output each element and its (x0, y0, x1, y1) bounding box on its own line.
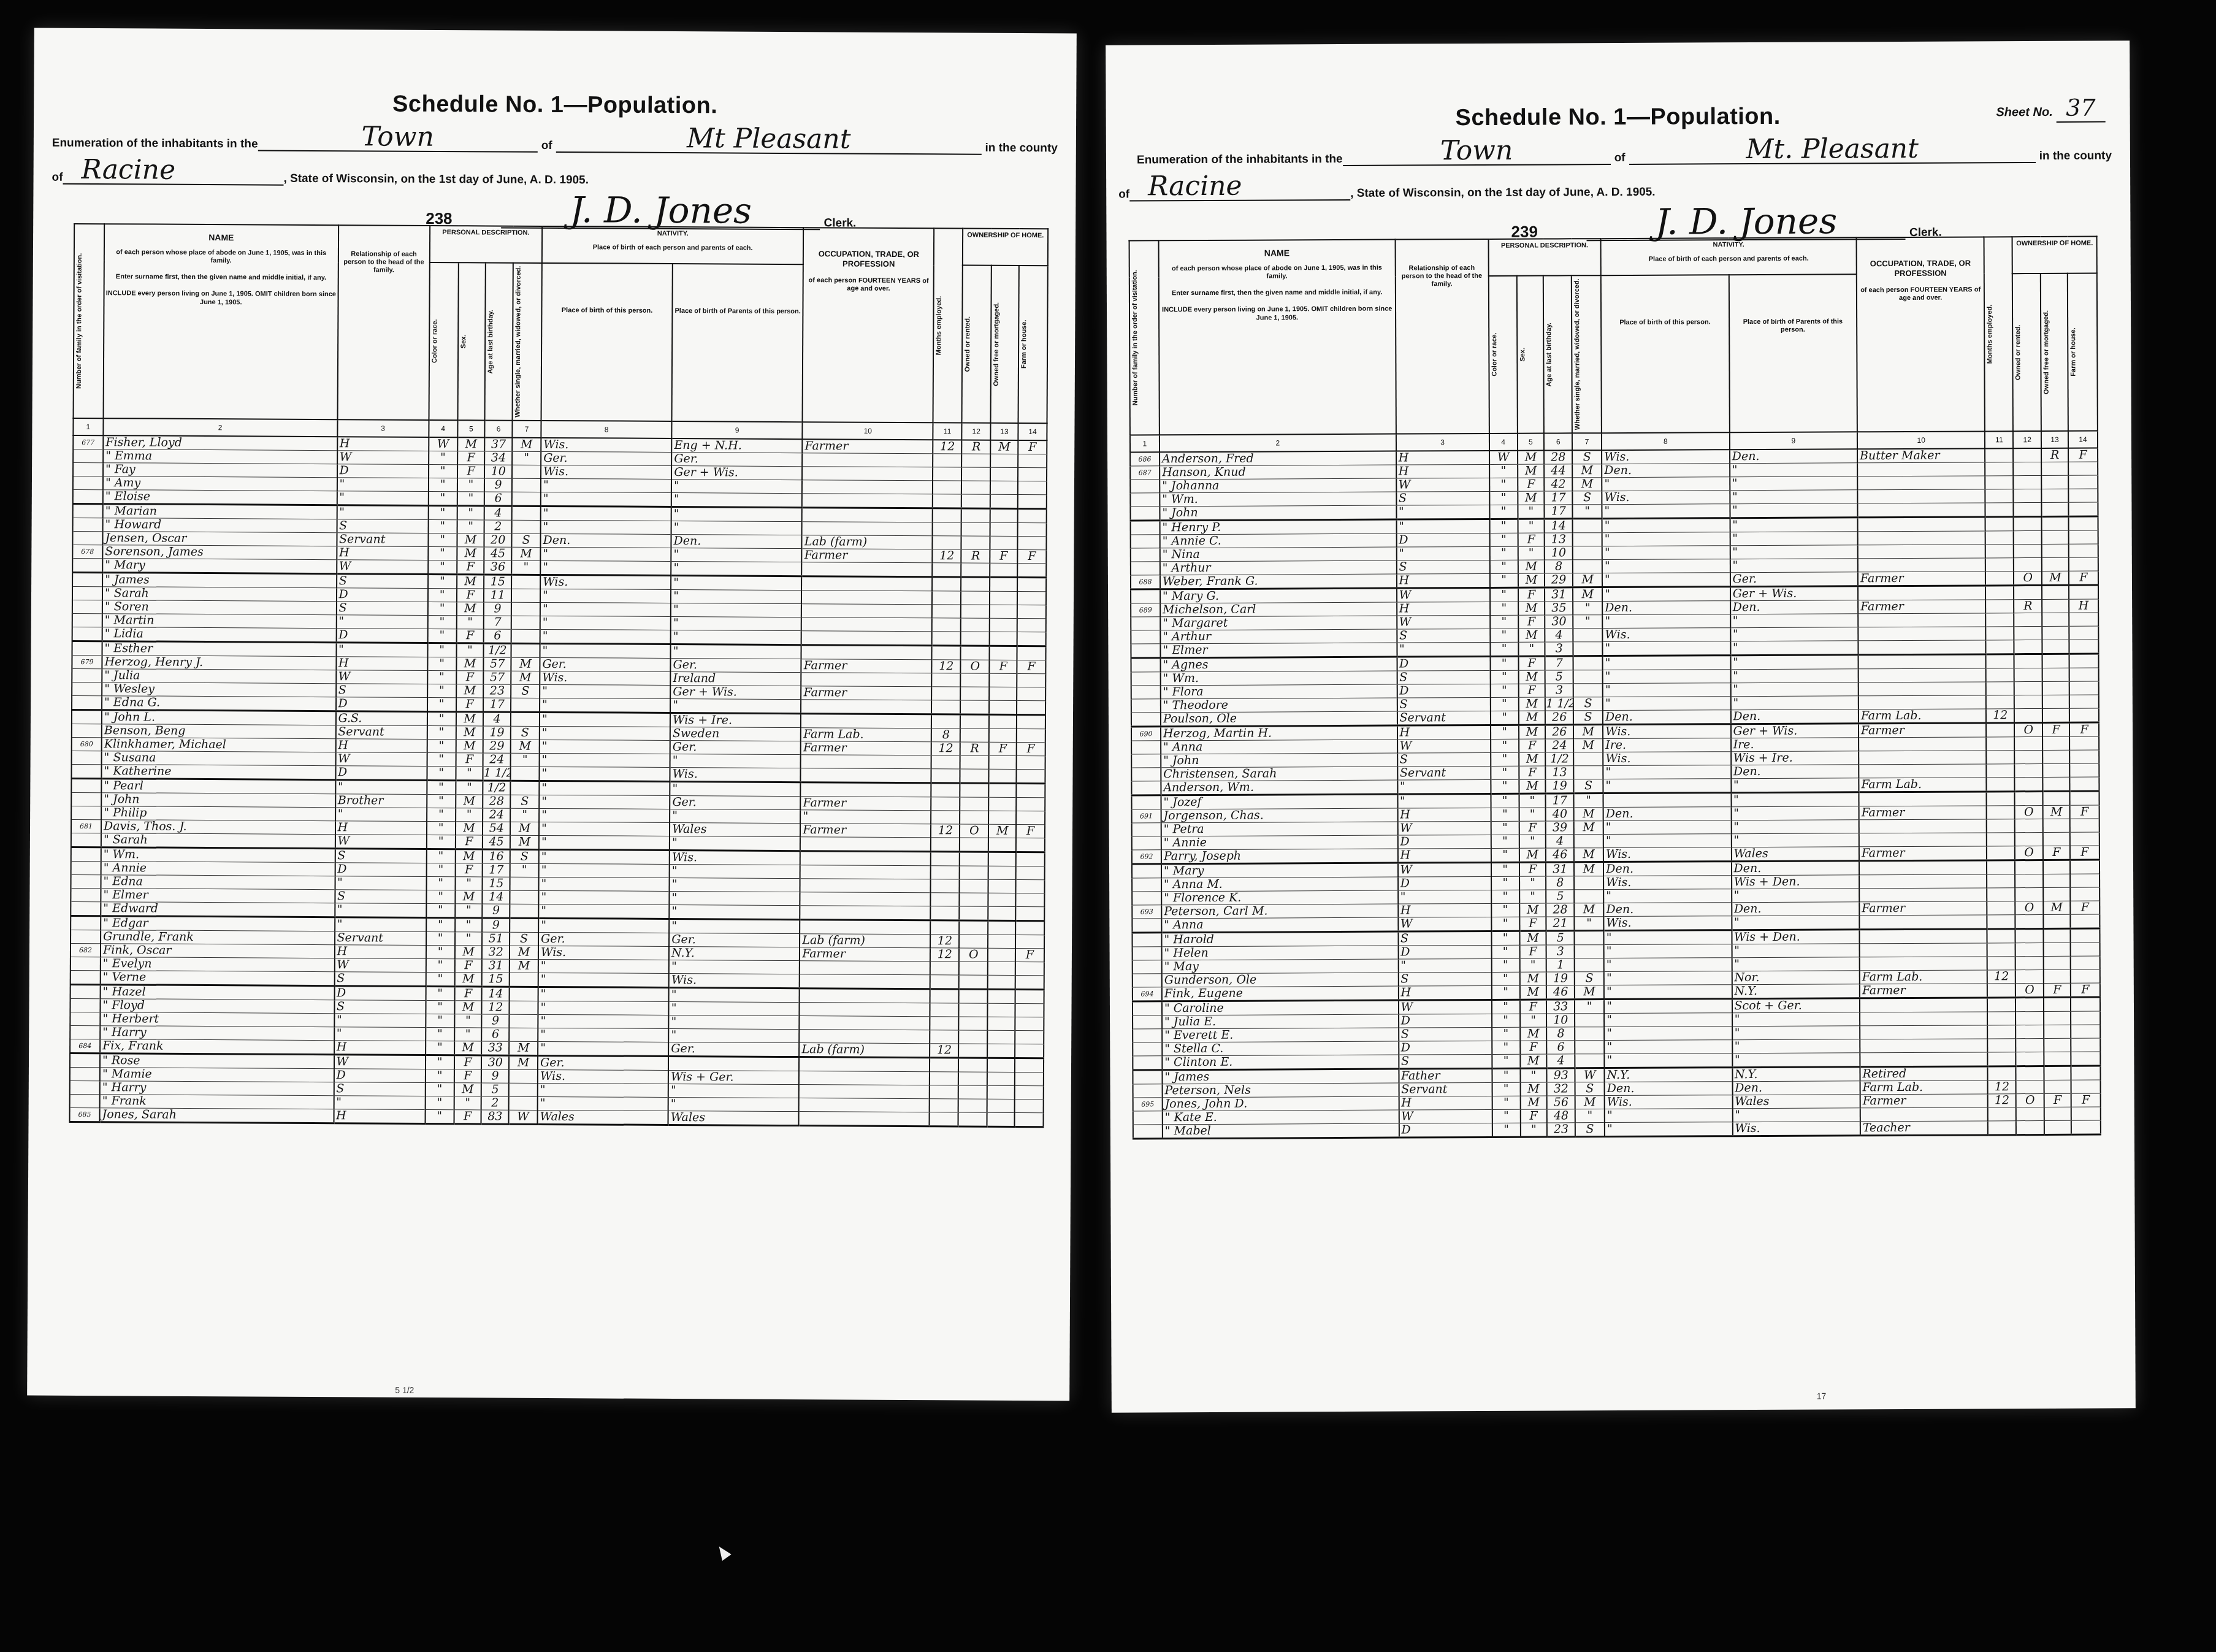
months-employed-cell (933, 508, 961, 522)
birthplace-cell: " (1602, 504, 1730, 519)
owned-rented-cell (2014, 516, 2042, 530)
relationship-cell: W (334, 958, 426, 973)
marital-status-cell: S (510, 795, 539, 808)
sheet-number: Sheet No. 37 (1996, 96, 2105, 120)
owned-free-cell (2042, 668, 2069, 681)
farm-house-cell: F (2069, 571, 2098, 585)
birthplace-cell: Ger. (538, 1055, 668, 1070)
parents-birthplace-cell: " (1732, 916, 1860, 930)
parents-birthplace-cell: " (1732, 1026, 1860, 1040)
owned-free-cell (990, 618, 1017, 632)
color-cell: " (427, 643, 456, 657)
owned-free-cell: M (2043, 805, 2070, 819)
occupation-cell (1858, 586, 1986, 600)
age-cell: 15 (484, 575, 511, 589)
months-employed-cell (1987, 874, 2015, 888)
owned-free-cell (2042, 516, 2069, 530)
color-cell: " (427, 697, 456, 711)
farm-house-cell (1017, 755, 1045, 769)
parents-birthplace-cell: " (1730, 614, 1859, 628)
months-employed-cell (1985, 448, 2013, 462)
owned-rented-cell (961, 618, 990, 632)
family-number-cell: 681 (71, 819, 101, 833)
bottom-note: 5 1/2 (395, 1385, 414, 1395)
farm-house-cell: F (1016, 824, 1045, 838)
sex-cell: " (1519, 793, 1546, 808)
relationship-cell: D (334, 986, 426, 1001)
birthplace-cell: " (539, 808, 670, 822)
months-employed-cell (1987, 957, 2015, 970)
months-employed-cell (932, 618, 961, 632)
parents-birthplace-cell: " (669, 919, 800, 933)
owned-free-cell (987, 1030, 1015, 1044)
owned-rented-cell: R (962, 440, 991, 454)
person-name-cell: Jones, Sarah (100, 1108, 334, 1123)
owned-free-cell: F (990, 549, 1018, 563)
relationship-cell: " (337, 505, 428, 520)
color-cell: " (428, 602, 457, 615)
column-number: 9 (672, 421, 803, 439)
farm-house-cell (1017, 700, 1045, 714)
parents-birthplace-cell: " (1732, 889, 1860, 903)
occupation-cell (1859, 737, 1987, 751)
enumeration-line: Enumeration of the inhabitants in the To… (1106, 134, 2130, 167)
farm-house-cell (1015, 1003, 1044, 1017)
months-employed-cell (932, 605, 961, 618)
person-name-cell: Sorenson, James (102, 545, 337, 560)
parents-birthplace-cell: Scot + Ger. (1732, 998, 1860, 1013)
age-cell: 35 (1545, 602, 1573, 615)
person-name-cell: " Anna M. (1161, 877, 1398, 892)
marital-status-cell: M (1575, 1096, 1605, 1109)
owned-rented-cell (2015, 914, 2044, 928)
months-employed-cell (1988, 1052, 2016, 1066)
owned-rented-cell: O (2015, 846, 2043, 860)
page-header: Schedule No. 1—Population. Enumeration o… (33, 90, 1076, 232)
age-cell: 10 (1545, 546, 1573, 560)
relationship-cell: " (337, 491, 428, 506)
relationship-cell: " (1396, 505, 1489, 519)
family-number-cell: 678 (72, 545, 102, 558)
farm-house-cell: F (2070, 846, 2099, 860)
occupation-cell (1859, 751, 1987, 765)
person-name-cell: " Arthur (1160, 629, 1397, 644)
owned-rented-cell (2015, 874, 2043, 887)
sex-cell: M (1519, 848, 1546, 862)
column-number: 2 (103, 418, 337, 437)
birthplace-cell: " (1602, 477, 1730, 491)
age-cell: 36 (484, 560, 512, 575)
owned-free-cell (2044, 956, 2071, 969)
owned-free-cell (990, 577, 1017, 591)
age-cell: 14 (482, 987, 510, 1001)
owned-free-cell (987, 1044, 1015, 1058)
person-name-cell: " Susana (102, 751, 336, 766)
parents-birthplace-cell: Wis. (670, 767, 801, 782)
sex-cell: F (456, 671, 484, 684)
farm-house-cell (1017, 687, 1045, 700)
parents-birthplace-cell: " (668, 1084, 799, 1098)
owned-rented-cell (2014, 681, 2042, 695)
occupation-cell (1857, 503, 1985, 518)
family-number-cell (1131, 617, 1160, 630)
sheet-value: 37 (2056, 94, 2106, 123)
sex-cell: F (1519, 1000, 1546, 1014)
birthplace-cell: " (539, 767, 670, 781)
relationship-cell: H (1397, 725, 1491, 740)
birthplace-cell: Wis. (1603, 916, 1732, 931)
months-employed-cell (932, 632, 961, 646)
marital-status-cell (509, 1014, 538, 1028)
family-number-cell (71, 970, 101, 984)
sex-cell: M (456, 684, 484, 698)
relationship-cell: " (335, 808, 427, 822)
family-number-cell: 680 (72, 737, 102, 751)
parents-birthplace-cell: Den. (1730, 449, 1858, 463)
birthplace-cell: Den. (1603, 807, 1732, 821)
owned-free-cell (989, 783, 1017, 797)
sex-cell: F (1519, 917, 1546, 931)
sex-cell: F (457, 589, 484, 602)
owned-free-cell (987, 1058, 1015, 1072)
col-color: Color or race. (429, 262, 458, 420)
birthplace-cell: " (541, 520, 671, 534)
enumeration-label: Enumeration of the inhabitants in the (1137, 153, 1343, 167)
months-employed-cell (1985, 558, 2014, 572)
relationship-cell: G.S. (335, 711, 427, 726)
owned-free-cell (989, 755, 1017, 769)
relationship-cell: S (334, 1082, 425, 1096)
person-name-cell: " Jozef (1161, 794, 1397, 809)
marital-status-cell: M (510, 822, 539, 835)
owned-free-cell (2043, 914, 2070, 928)
owned-free-cell (988, 989, 1015, 1003)
county-line: of Racine , State of Wisconsin, on the 1… (1106, 169, 2130, 201)
of-county-label: of (52, 171, 63, 185)
months-employed-cell (1986, 723, 2014, 737)
col-name: NAME of each person whose place of abode… (104, 224, 338, 419)
occupation-cell (1860, 1052, 1988, 1067)
marital-status-cell: S (510, 932, 538, 946)
owned-rented-cell (959, 920, 988, 935)
col-marital: Whether single, married, widowed, or div… (513, 263, 542, 421)
birthplace-cell: " (540, 629, 671, 644)
relationship-cell: " (334, 1014, 426, 1028)
farm-house-cell (2069, 613, 2098, 626)
months-employed-cell (930, 1112, 958, 1126)
parents-birthplace-cell: Sweden (670, 727, 801, 741)
color-cell: " (1491, 793, 1519, 808)
person-name-cell: " Pearl (101, 779, 335, 794)
relationship-cell: D (1399, 1123, 1492, 1138)
owned-rented-cell: O (961, 660, 990, 673)
marital-status-cell: W (509, 1110, 538, 1124)
person-name-cell: Poulson, Ole (1161, 711, 1397, 727)
parents-birthplace-cell (668, 1056, 799, 1071)
occupation-cell: Farmer (1859, 723, 1987, 738)
birthplace-cell: " (1604, 944, 1732, 958)
months-employed-cell: 12 (1988, 1080, 2016, 1094)
sex-cell: M (456, 602, 484, 616)
marital-status-cell (1575, 1027, 1604, 1041)
person-name-cell: " Flora (1161, 684, 1397, 699)
color-cell: " (427, 657, 456, 670)
farm-house-cell (2070, 943, 2099, 956)
months-employed-cell (931, 906, 960, 920)
months-employed-cell (1985, 545, 2014, 558)
person-name-cell: Anderson, Fred (1160, 451, 1396, 466)
sex-cell: " (1518, 519, 1545, 533)
occupation-cell (801, 645, 932, 660)
occupation-cell (801, 591, 932, 605)
months-employed-cell (1985, 476, 2014, 489)
farm-house-cell (2069, 695, 2099, 708)
birthplace-cell: " (538, 1014, 668, 1028)
sex-cell: M (1518, 491, 1545, 505)
family-number-cell (1130, 480, 1160, 493)
sex-cell: " (456, 808, 483, 822)
months-employed-cell (1987, 819, 2015, 833)
months-employed-cell (1986, 682, 2014, 695)
family-number-cell (72, 724, 102, 737)
marital-status-cell: " (1574, 793, 1603, 808)
age-cell: 30 (1545, 615, 1573, 629)
months-employed-cell (931, 769, 960, 783)
owned-free-cell (2044, 1080, 2071, 1093)
parents-birthplace-cell: N.Y. (1732, 1067, 1860, 1082)
parents-birthplace-cell: " (1732, 957, 1860, 971)
parents-birthplace-cell: " (671, 575, 801, 590)
owned-rented-cell (2015, 1025, 2044, 1038)
occupation-cell (802, 494, 933, 508)
sex-cell: M (1519, 985, 1546, 1000)
owned-free-cell (987, 1112, 1015, 1126)
color-cell: " (427, 725, 456, 739)
owned-free-cell (2044, 969, 2071, 983)
months-employed-cell (931, 700, 960, 714)
column-number: 6 (1544, 433, 1572, 450)
family-number-cell (1131, 562, 1160, 575)
birthplace-cell: " (540, 712, 670, 727)
person-name-cell: " Harry (100, 1026, 334, 1041)
age-cell: 39 (1546, 821, 1574, 835)
relationship-cell: W (337, 451, 429, 465)
relationship-cell: D (1397, 656, 1490, 671)
column-number: 3 (1396, 434, 1489, 451)
owned-free-cell (2044, 1107, 2071, 1120)
months-employed-cell (1986, 695, 2014, 709)
owned-free-cell (988, 975, 1015, 989)
sex-cell: M (454, 973, 482, 987)
marital-status-cell: " (1573, 615, 1602, 629)
parents-birthplace-cell: " (1730, 559, 1858, 573)
person-name-cell: " Verne (101, 971, 335, 986)
months-employed-cell (1987, 806, 2015, 819)
owned-rented-cell (961, 494, 990, 508)
owned-free-cell (990, 522, 1018, 536)
sex-cell: M (456, 740, 483, 753)
person-name-cell: " Elmer (1160, 643, 1397, 658)
owned-free-cell: M (2042, 571, 2069, 585)
sex-cell: M (456, 822, 483, 835)
sex-cell: M (1518, 711, 1545, 725)
occupation-cell (800, 1003, 930, 1017)
birthplace-cell: " (538, 1083, 668, 1097)
marital-status-cell: M (1574, 808, 1603, 821)
farm-house-cell (1015, 1017, 1044, 1030)
marital-status-cell: M (1574, 848, 1603, 862)
owned-free-cell (2042, 695, 2069, 708)
owned-rented-cell (2014, 557, 2042, 571)
col-relationship: Relationship of each person to the head … (337, 225, 430, 420)
marital-status-cell: M (509, 1041, 538, 1055)
relationship-cell: S (1398, 972, 1491, 986)
family-number-cell (72, 627, 102, 641)
birthplace-cell: " (540, 698, 670, 713)
birthplace-cell: Wis. (541, 438, 671, 453)
owned-free-cell (988, 852, 1016, 866)
clerk-signature: J. D. Jones (502, 192, 820, 231)
column-number: 13 (2041, 431, 2068, 448)
sex-cell: F (454, 959, 482, 973)
sex-cell: " (457, 520, 484, 533)
marital-status-cell: M (1573, 573, 1602, 587)
occupation-cell (802, 467, 933, 481)
marital-status-cell (1575, 958, 1604, 972)
color-cell: " (427, 835, 456, 849)
col-color: Color or race. (1488, 276, 1517, 434)
parents-birthplace-cell: " (1730, 463, 1858, 477)
color-cell: " (1489, 533, 1518, 546)
marital-status-cell (509, 1028, 538, 1041)
marital-status-cell: " (512, 451, 541, 465)
farm-house-cell (1015, 1085, 1044, 1099)
person-name-cell: " Howard (103, 518, 337, 533)
months-employed-cell (1988, 1025, 2016, 1039)
owned-rented-cell (2015, 943, 2044, 956)
parents-birthplace-cell: " (1730, 532, 1858, 546)
person-name-cell: " Petra (1161, 822, 1398, 836)
farm-house-cell (2069, 750, 2099, 763)
owned-free-cell (2043, 777, 2070, 791)
person-name-cell: " Mamie (100, 1068, 334, 1082)
relationship-cell: D (1398, 945, 1491, 959)
sex-cell: M (455, 946, 483, 959)
color-cell: " (427, 629, 456, 643)
birthplace-cell: " (1605, 1109, 1733, 1123)
relationship-cell: H (1398, 903, 1491, 917)
owned-free-cell (2044, 1038, 2071, 1052)
sex-cell: F (457, 451, 485, 465)
birthplace-cell: " (540, 547, 671, 561)
marital-status-cell: M (1572, 478, 1602, 491)
occupation-cell (800, 961, 930, 975)
parents-birthplace-cell: " (671, 603, 801, 617)
birthplace-cell: Den. (1602, 464, 1730, 478)
sex-cell: F (1518, 478, 1545, 491)
color-cell: " (427, 670, 456, 684)
person-name-cell: " Mary G. (1160, 588, 1397, 603)
farm-house-cell (2071, 1038, 2100, 1052)
parents-birthplace-cell: Ire. (1731, 738, 1859, 752)
col-age: Age at last birthday. (1543, 275, 1572, 433)
of-county-label: of (1118, 188, 1129, 201)
sex-cell: F (1519, 945, 1546, 958)
color-cell: " (428, 574, 457, 588)
birthplace-cell: " (1604, 971, 1732, 985)
relationship-cell: D (335, 863, 426, 877)
col-owned-free: Owned free or mortgaged. (2041, 273, 2068, 431)
parents-birthplace-cell: " (1732, 1012, 1860, 1027)
occupation-cell: Farmer (1859, 806, 1987, 820)
owned-rented-cell: O (2016, 1093, 2044, 1107)
occupation-cell: Butter Maker (1857, 448, 1985, 462)
farm-house-cell (2069, 763, 2099, 777)
farm-house-cell (1016, 783, 1045, 797)
owned-free-cell (2043, 832, 2070, 846)
occupation-cell (801, 618, 932, 632)
marital-status-cell: S (510, 849, 539, 863)
column-number: 5 (1517, 433, 1544, 450)
owned-free-cell (2042, 640, 2069, 654)
person-name-cell: " Caroline (1162, 1000, 1399, 1015)
birthplace-cell: " (1604, 1013, 1732, 1027)
parents-birthplace-cell: N.Y. (669, 946, 800, 960)
color-cell: " (1491, 725, 1519, 739)
birthplace-cell: Den. (1605, 1082, 1733, 1096)
relationship-cell: H (334, 1109, 425, 1124)
occupation-cell (801, 576, 932, 591)
age-cell: 24 (483, 808, 510, 822)
months-employed-cell (930, 962, 959, 975)
occupation-cell (801, 782, 931, 797)
owned-free-cell: F (989, 742, 1017, 755)
occupation-cell: Farmer (1858, 572, 1986, 586)
owned-free-cell (988, 838, 1016, 852)
owned-free-cell (2043, 860, 2070, 874)
marital-status-cell: M (1575, 985, 1604, 1000)
occupation-cell: Farmer (800, 947, 930, 962)
person-name-cell: Herzog, Henry J. (102, 656, 336, 670)
sex-cell: M (456, 726, 483, 740)
parents-birthplace-cell: " (670, 836, 800, 851)
person-name-cell: Fix, Frank (100, 1039, 334, 1055)
family-number-cell: 682 (71, 943, 101, 957)
owned-rented-cell: O (2015, 901, 2044, 914)
parents-birthplace-cell: Wis + Ire. (1731, 751, 1859, 765)
age-cell: 46 (1546, 848, 1574, 862)
col-owned-rented: Owned or rented. (962, 265, 991, 423)
person-name-cell: " Helen (1161, 946, 1398, 960)
county-name: Racine (63, 156, 283, 186)
sex-cell: M (456, 657, 484, 671)
person-name-cell: " John (1161, 753, 1397, 768)
relationship-cell: S (334, 1000, 426, 1014)
parents-birthplace-cell: Den. (1730, 600, 1859, 614)
marital-status-cell: M (1572, 464, 1602, 478)
owned-rented-cell (960, 866, 988, 879)
occupation-cell (1859, 668, 1987, 683)
months-employed-cell (1987, 737, 2015, 751)
marital-status-cell (1575, 1014, 1604, 1027)
occupation-cell (800, 837, 931, 852)
owned-free-cell (2042, 544, 2069, 557)
parents-birthplace-cell: Wis. (669, 973, 800, 988)
occupation-cell: Farmer (802, 549, 933, 563)
marital-status-cell (510, 890, 538, 904)
farm-house-cell (2069, 791, 2099, 805)
relationship-cell: D (336, 629, 427, 643)
